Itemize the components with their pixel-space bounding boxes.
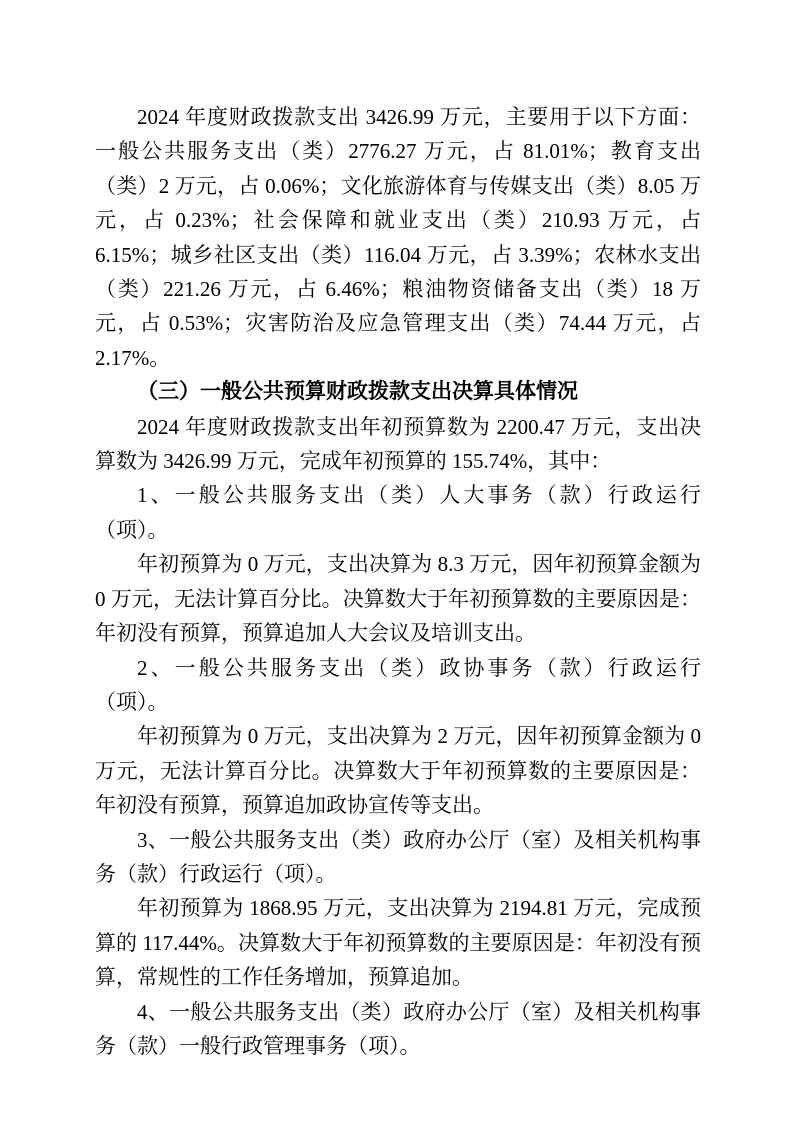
paragraph-budget-vs-final-summary: 2024 年度财政拨款支出年初预算数为 2200.47 万元，支出决算数为 34… <box>95 410 701 479</box>
list-item-2-title: 2、一般公共服务支出（类）政协事务（款）行政运行（项）。 <box>95 651 701 720</box>
list-item-3-title: 3、一般公共服务支出（类）政府办公厅（室）及相关机构事务（款）行政运行（项）。 <box>95 823 701 892</box>
list-item-4-title: 4、一般公共服务支出（类）政府办公厅（室）及相关机构事务（款）一般行政管理事务（… <box>95 995 701 1064</box>
document-page: 2024 年度财政拨款支出 3426.99 万元，主要用于以下方面：一般公共服务… <box>0 0 793 1122</box>
list-item-3-detail: 年初预算为 1868.95 万元，支出决算为 2194.81 万元，完成预算的 … <box>95 891 701 994</box>
section-heading-budget-expenditure-details: （三）一般公共预算财政拨款支出决算具体情况 <box>95 375 701 409</box>
paragraph-fiscal-expenditure-overview: 2024 年度财政拨款支出 3426.99 万元，主要用于以下方面：一般公共服务… <box>95 100 701 375</box>
list-item-2-detail: 年初预算为 0 万元，支出决算为 2 万元，因年初预算金额为 0 万元，无法计算… <box>95 719 701 822</box>
list-item-1-title: 1、一般公共服务支出（类）人大事务（款）行政运行（项）。 <box>95 478 701 547</box>
list-item-1-detail: 年初预算为 0 万元，支出决算为 8.3 万元，因年初预算金额为 0 万元，无法… <box>95 547 701 650</box>
document-content: 2024 年度财政拨款支出 3426.99 万元，主要用于以下方面：一般公共服务… <box>95 100 701 1063</box>
